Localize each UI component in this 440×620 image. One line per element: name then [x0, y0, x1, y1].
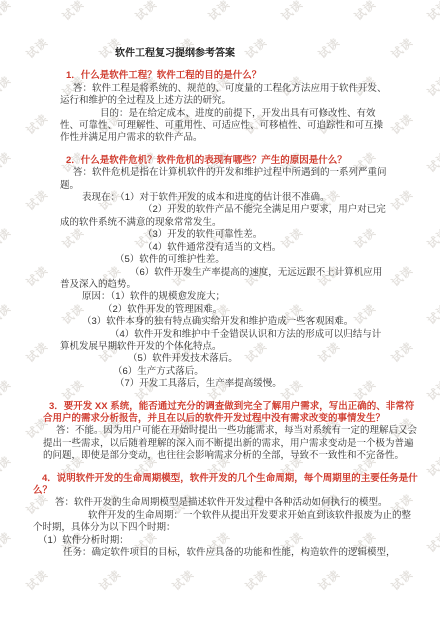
answer-paragraph: （3）软件本身的独有特点确实给开发和维护造成一些客观困难。 [60, 316, 388, 328]
answer-paragraph: （5）软件开发技术落后。 [60, 353, 388, 365]
answer-paragraph: 答：不能。因为用户可能在开始时提出一些功能需求，每当对系统有一定的理解后又会提出… [43, 425, 420, 462]
question-heading: 2．什么是软件危机？软件危机的表现有哪些？产生的原因是什么？ [60, 155, 388, 167]
page-title: 软件工程复习提纲参考答案 [115, 48, 440, 60]
document-blocks: 1．什么是软件工程？软件工程的目的是什么？答：软件工程是将系统的、规范的、可度量… [0, 70, 440, 559]
answer-paragraph: 任务：确定软件项目的目标，软件应具备的功能和性能，构造软件的逻辑模型， [33, 547, 420, 559]
trial-watermark: 试读 [96, 566, 125, 594]
answer-paragraph: 原因：（1）软件的规模愈发庞大； [60, 291, 388, 303]
question-heading: 1．什么是软件工程？软件工程的目的是什么？ [60, 70, 388, 82]
document-page: 试读试读试读试读试读试读试读试读试读试读试读试读试读试读试读试读试读试读试读试读… [0, 0, 440, 620]
trial-watermark: 试读 [23, 566, 52, 594]
trial-watermark: 试读 [169, 566, 198, 594]
document-body: 软件工程复习提纲参考答案 1．什么是软件工程？软件工程的目的是什么？答：软件工程… [0, 0, 440, 559]
answer-paragraph: 表现在：（1）对于软件开发的成本和进度的估计很不准确。 [60, 192, 388, 204]
answer-paragraph: （5）软件的可维护性差。 [60, 254, 388, 266]
trial-watermark: 试读 [315, 566, 344, 594]
answer-paragraph: （6）生产方式落后。 [60, 366, 388, 378]
answer-paragraph: （1）软件分析时期： [33, 535, 420, 547]
answer-paragraph: （2）软件开发的管理困难。 [60, 304, 388, 316]
answer-paragraph: （2）开发的软件产品不能完全满足用户要求，用户对已完成的软件系统不满意的现象常常… [60, 204, 388, 229]
answer-paragraph: （3）开发的软件可靠性差。 [60, 229, 388, 241]
question-heading: 4．说明软件开发的生命周期模型，软件开发的几个生命周期，每个周期里的主要任务是什… [33, 473, 420, 498]
answer-paragraph: 答：软件开发的生命周期模型是描述软件开发过程中各种活动如何执行的模型。 [33, 497, 420, 509]
answer-paragraph: （4）软件通常没有适当的文档。 [60, 242, 388, 254]
trial-watermark: 试读 [388, 566, 417, 594]
answer-paragraph: （7）开发工具落后，生产率提高缓慢。 [60, 378, 388, 390]
trial-watermark: 试读 [242, 566, 271, 594]
answer-paragraph: 答：软件危机是指在计算机软件的开发和维护过程中所遇到的一系列严重问题。 [60, 167, 388, 192]
answer-paragraph: （4）软件开发和维护中千金错误认识和方法的形成可以归结与计算机发展早期软件开发的… [60, 329, 388, 354]
answer-paragraph: 软件开发的生命周期：一个软件从提出开发要求开始直到该软件报废为止的整个时期，具体… [33, 510, 420, 535]
answer-paragraph: 答：软件工程是将系统的、规范的、可度量的工程化方法应用于软件开发、运行和维护的全… [60, 83, 388, 108]
answer-paragraph: （6）软件开发生产率提高的速度，无远远跟不上计算机应用普及深入的趋势。 [60, 267, 388, 292]
question-heading: 3．要开发 XX 系统，能否通过充分的调查做到完全了解用户需求，写出正确的、非常… [43, 401, 420, 426]
answer-paragraph: 目的：是在给定成本、进度的前提下，开发出具有可修改性、有效性、可靠性、可理解性、… [60, 108, 388, 145]
